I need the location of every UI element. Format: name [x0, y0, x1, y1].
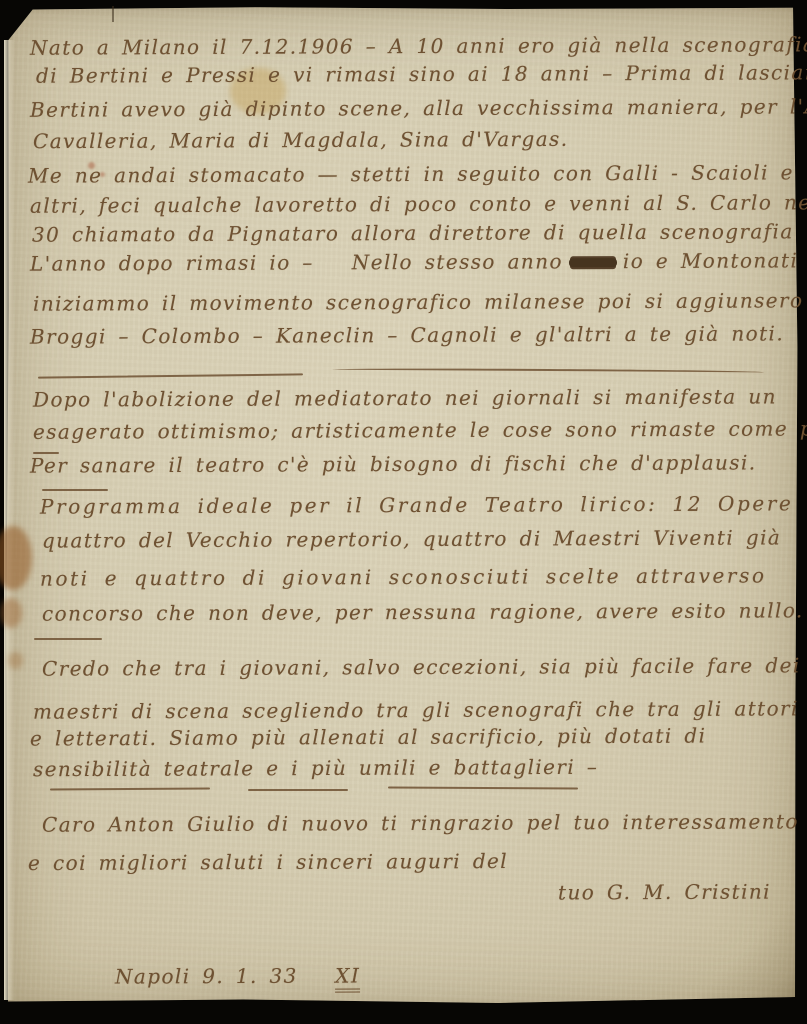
handwritten-line-20: e letterati. Siamo più allenati al sacri…: [30, 723, 706, 752]
handwritten-line-8: L'anno dopo rimasi io –Nello stesso anno…: [30, 247, 798, 276]
handwritten-line-22: Caro Anton Giulio di nuovo ti ringrazio …: [42, 808, 799, 837]
line-8-text-pre: L'anno dopo rimasi io –: [30, 250, 314, 275]
handwritten-line-15: quattro del Vecchio repertorio, quattro …: [42, 524, 781, 553]
handwritten-line-5: Me ne andai stomacato — stetti in seguit…: [28, 159, 794, 188]
fascist-era-year: XI: [335, 963, 360, 992]
handwritten-line-16: noti e quattro di giovani sconosciuti sc…: [40, 562, 767, 591]
line-8-text-post: io e Montonati: [623, 248, 798, 273]
signature: tuo G. M. Cristini: [558, 879, 771, 906]
ink-divider: [388, 787, 578, 790]
ink-divider: [248, 789, 348, 791]
dateline: Napoli 9. 1. 33 XI: [115, 962, 360, 989]
handwritten-line-7: 30 chiamato da Pignataro allora direttor…: [32, 218, 794, 247]
ink-divider: [50, 787, 210, 790]
handwritten-line-17: concorso che non deve, per nessuna ragio…: [42, 597, 804, 626]
handwritten-line-3: Bertini avevo già dipinto scene, alla ve…: [30, 93, 807, 123]
ink-overline-mark: [42, 489, 108, 491]
handwritten-line-12: esagerato ottimismo; artisticamente le c…: [33, 415, 807, 445]
ink-divider: [38, 373, 303, 378]
letter-content: Nato a Milano il 7.12.1906 – A 10 anni e…: [0, 0, 807, 1024]
handwritten-line-9: iniziammo il movimento scenografico mila…: [33, 287, 804, 316]
place-and-date: Napoli 9. 1. 33: [115, 964, 298, 989]
handwritten-line-2: di Bertini e Pressi e vi rimasi sino ai …: [36, 59, 807, 88]
handwritten-line-13: Per sanare il teatro c'è più bisogno di …: [30, 449, 757, 478]
handwritten-line-23: e coi migliori saluti i sinceri auguri d…: [28, 848, 508, 876]
handwritten-line-18: Credo che tra i giovani, salvo eccezioni…: [42, 652, 801, 681]
handwritten-line-14: Programma ideale per il Grande Teatro li…: [40, 490, 794, 519]
ink-divider: [34, 638, 102, 640]
handwritten-line-1: Nato a Milano il 7.12.1906 – A 10 anni e…: [30, 31, 807, 60]
letter-photograph: Nato a Milano il 7.12.1906 – A 10 anni e…: [0, 0, 807, 1024]
line-8-text-mid: Nello stesso anno: [352, 249, 563, 274]
handwritten-line-4: Cavalleria, Maria di Magdala, Sina d'Var…: [33, 126, 569, 154]
struck-out-word: xxxx: [569, 258, 617, 267]
handwritten-line-19: maestri di scena scegliendo tra gli scen…: [33, 695, 799, 724]
handwritten-line-10: Broggi – Colombo – Kaneclin – Cagnoli e …: [30, 320, 784, 349]
handwritten-line-11: Dopo l'abolizione del mediatorato nei gi…: [33, 383, 777, 412]
ink-divider: [332, 368, 764, 373]
handwritten-line-6: altri, feci qualche lavoretto di poco co…: [30, 189, 807, 218]
handwritten-line-21: sensibilità teatrale e i più umili e bat…: [33, 754, 598, 782]
